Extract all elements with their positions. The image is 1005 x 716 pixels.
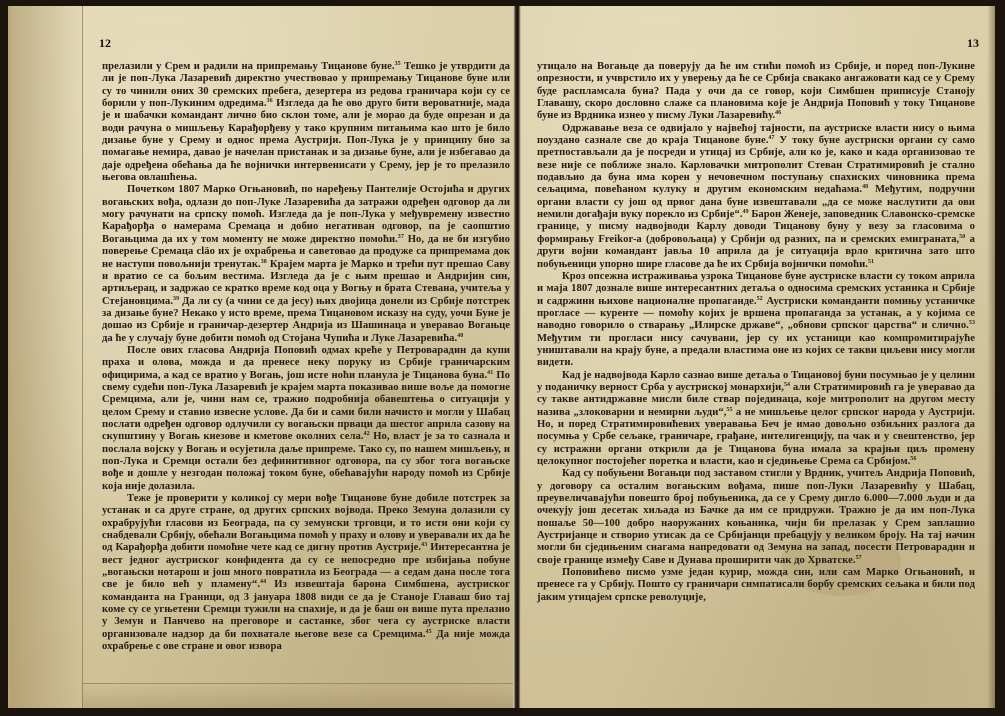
- text-run: утицало на Вогањце да поверују да ће им …: [537, 61, 975, 121]
- text-run: Изгледа да ће ово друго бити вероватније…: [102, 98, 510, 183]
- paragraph: Одржавање веза се одвијало у највећој та…: [537, 123, 975, 271]
- paragraph: Кад су побуњени Вогањци под заставом сти…: [537, 468, 975, 567]
- right-page: 13 утицало на Вогањце да поверују да ће …: [521, 6, 995, 708]
- book-gutter: [513, 6, 521, 708]
- paragraph: Кроз опсежна истраживања узрока Тицанове…: [537, 271, 975, 370]
- book-spread: 12 прелазили у Срем и радили на припрема…: [0, 0, 1005, 716]
- paragraph: Теже је проверити у коликој су мери вође…: [102, 493, 510, 653]
- paragraph: прелазили у Срем и радили на припремању …: [102, 61, 510, 184]
- footnote-marker: 53: [969, 320, 975, 326]
- paragraph: Поповићево писмо узме један курир, можда…: [537, 567, 975, 604]
- footnote-marker: 40: [457, 333, 463, 339]
- paragraph: утицало на Вогањце да поверују да ће им …: [537, 61, 975, 123]
- text-run: Поповићево писмо узме један курир, можда…: [537, 567, 975, 603]
- footnote-marker: 46: [775, 110, 781, 116]
- text-run: прелазили у Срем и радили на припремању …: [102, 61, 395, 72]
- footnote-marker: 51: [868, 259, 874, 265]
- text-run: Кад су побуњени Вогањци под заставом сти…: [537, 468, 975, 565]
- page-body-text: прелазили у Срем и радили на припремању …: [102, 61, 510, 654]
- page-number: 13: [967, 36, 979, 51]
- paragraph: После ових гласова Андрија Поповић одмах…: [102, 345, 510, 493]
- paragraph: Почетком 1807 Марко Огњановић, по наређе…: [102, 184, 510, 344]
- page-body-text: утицало на Вогањце да поверују да ће им …: [537, 61, 975, 604]
- left-page: 12 прелазили у Срем и радили на припрема…: [8, 6, 513, 708]
- text-run: Међутим ти прогласи нису сачувани, јер с…: [537, 333, 975, 369]
- footnote-marker: 56: [910, 456, 916, 462]
- text-run: После ових гласова Андрија Поповић одмах…: [102, 345, 510, 381]
- paragraph: Кад је надвојвода Карло сазнао више дета…: [537, 370, 975, 469]
- page-number: 12: [99, 36, 111, 51]
- footnote-marker: 57: [856, 555, 862, 561]
